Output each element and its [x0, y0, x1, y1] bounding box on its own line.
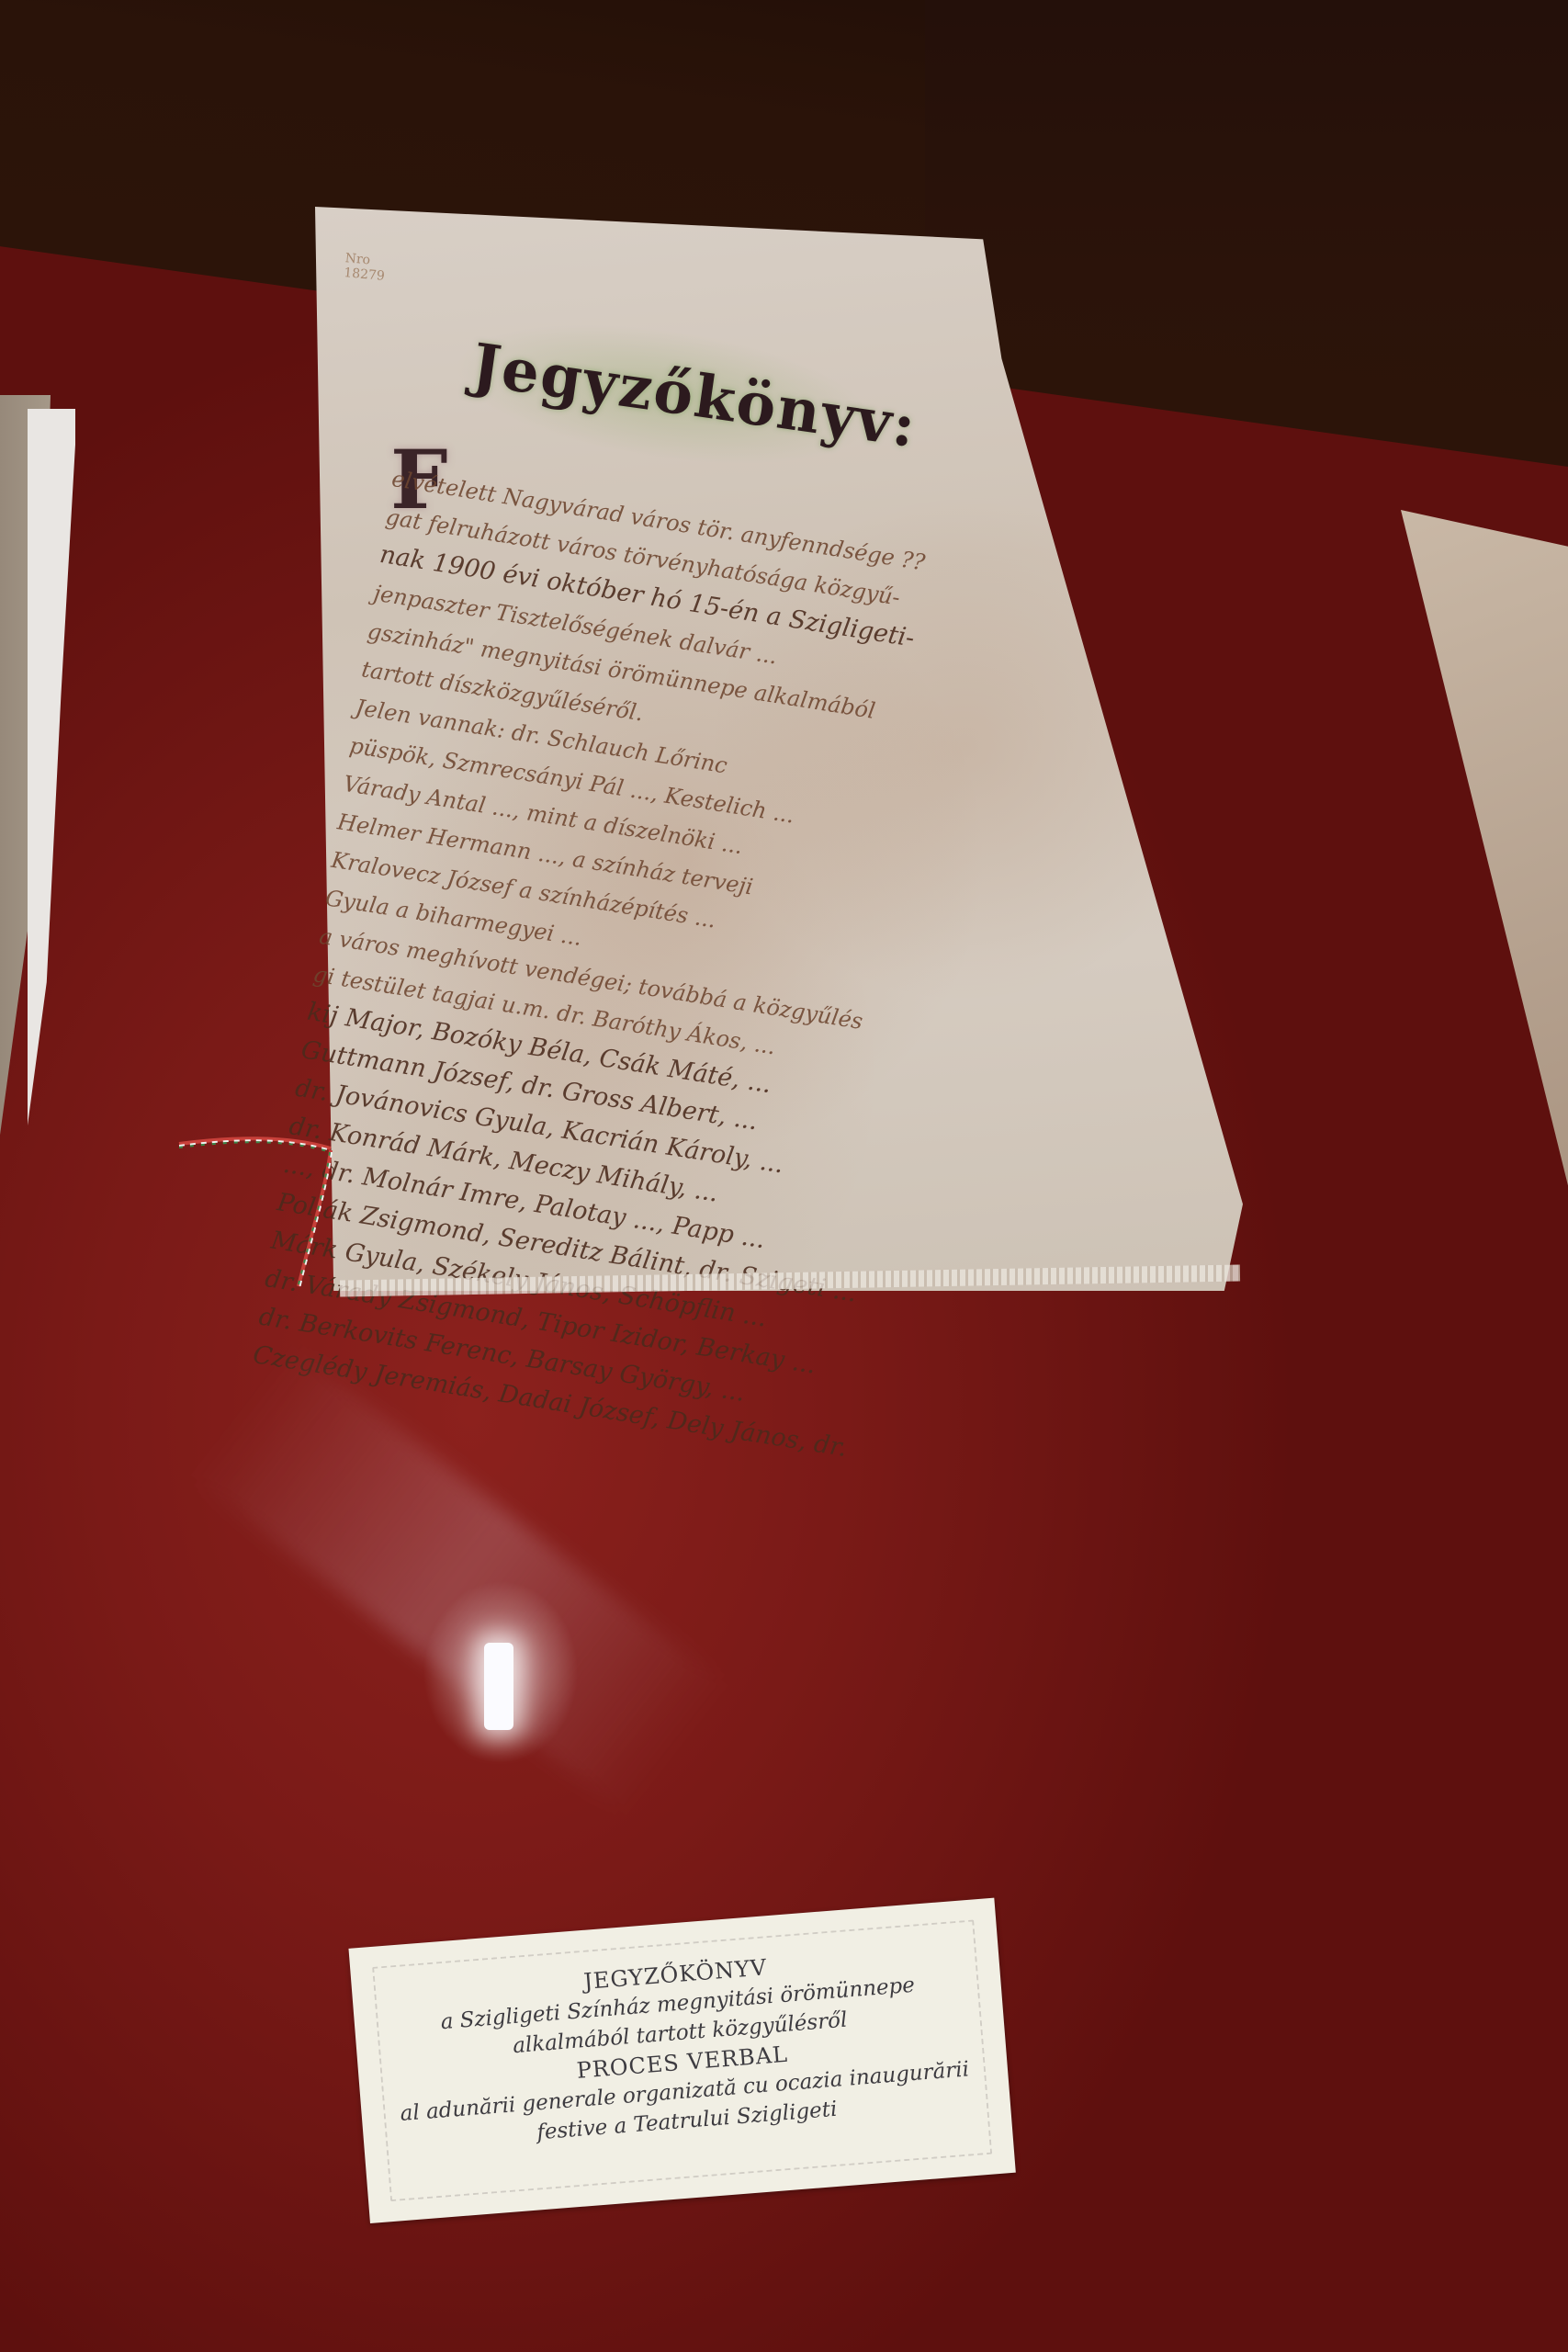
museum-display-photo: Nro 18279 Jegyzőkönyv: F elvételett Nagy… — [0, 0, 1568, 2352]
light-reflection-icon — [484, 1643, 513, 1730]
manuscript-handwritten-body: elvételett Nagyvárad város tör. anyfennd… — [250, 459, 1175, 1498]
exhibit-caption-card: JEGYZŐKÖNYV a Szigligeti Színház megnyit… — [348, 1898, 1015, 2223]
manuscript-catalog-number: Nro 18279 — [344, 251, 387, 284]
tricolor-binding-thread-icon — [175, 1130, 340, 1295]
dark-case-top-shadow — [925, 0, 1568, 386]
